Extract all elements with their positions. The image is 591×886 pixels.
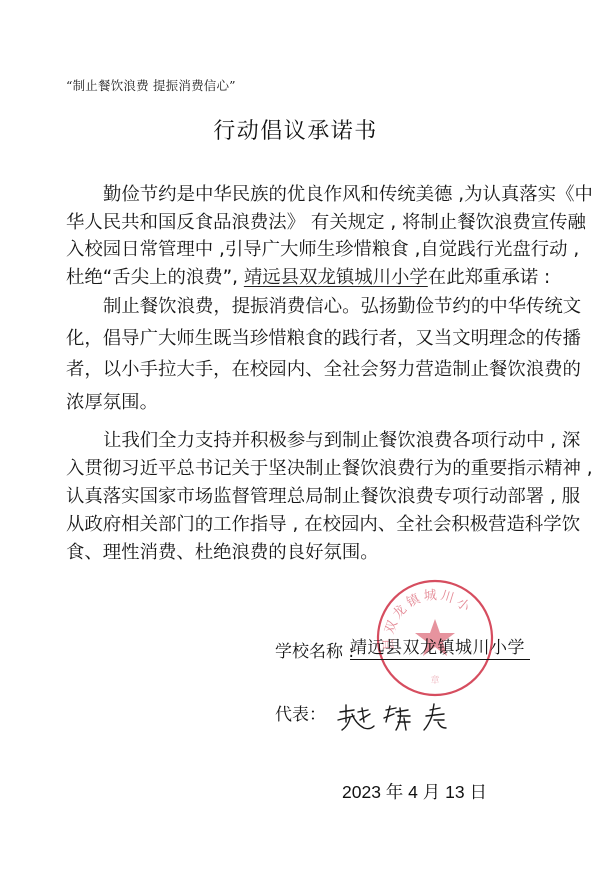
paragraph-1-line-1: 勤俭节约是中华民族的优良作风和传统美德 ,为认真落实《中 [103,184,536,206]
school-name-label: 学校名称 : [275,637,354,662]
paragraph-3-line-4: 从政府相关部门的工作指导 , 在校园内、全社会积极营造科学饮 [66,514,536,536]
representative-label: 代表： [275,700,326,725]
paragraph-2-line-4: 浓厚氛围。 [66,392,536,414]
paragraph-3-line-3: 认真落实国家市场监督管理总局制止餐饮浪费专项行动部署 , 服 [66,486,536,508]
document-page: “制止餐饮浪费 提振消费信心” 行动倡议承诺书 勤俭节约是中华民族的优良作风和传… [0,0,591,886]
paragraph-1-line-2: 华人民共和国反食品浪费法》 有关规定 , 将制止餐饮浪费宣传融 [66,212,536,234]
document-title: 行动倡议承诺书 [0,114,591,145]
paragraph-3-line-5: 食、理性消费、杜绝浪费的良好氛围。 [66,542,536,564]
paragraph-2-line-3: 者，以小手拉大手，在校园内、全社会努力营造制止餐饮浪费的 [66,359,536,381]
document-date: 2023 年 4 月 13 日 [342,779,487,804]
handwritten-signature-icon [334,700,464,736]
handwritten-school-name: 靖远县双龙镇城川小学 [244,267,428,288]
paragraph-1-line-4-suffix: 在此郑重承诺 : [428,267,550,288]
paragraph-1-line-4-prefix: 杜绝“舌尖上的浪费”, [66,267,244,288]
paragraph-1-line-3: 入校园日常管理中 ,引导广大师生珍惜粮食 ,自觉践行光盘行动 , [66,239,536,261]
paragraph-1-line-4: 杜绝“舌尖上的浪费”, 靖远县双龙镇城川小学在此郑重承诺 : [66,267,536,289]
slogan-header: “制止餐饮浪费 提振消费信心” [66,76,236,94]
paragraph-2-line-1: 制止餐饮浪费，提振消费信心。弘扬勤俭节约的中华传统文 [103,296,536,318]
paragraph-3-line-1: 让我们全力支持并积极参与到制止餐饮浪费各项行动中 , 深 [103,430,536,452]
paragraph-2-line-2: 化，倡导广大师生既当珍惜粮食的践行者，又当文明理念的传播 [66,328,536,350]
svg-text:章: 章 [430,674,439,686]
paragraph-3-line-2: 入贯彻习近平总书记关于坚决制止餐饮浪费行为的重要指示精神 , [66,458,536,480]
school-name-value: 靖远县双龙镇城川小学 [350,637,530,660]
